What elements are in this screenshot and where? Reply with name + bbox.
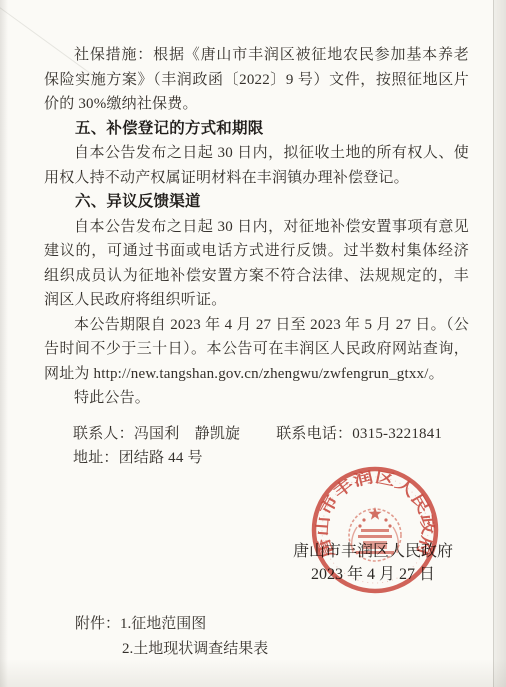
para-announcement-period-url: 本公告期限自 2023 年 4 月 27 日至 2023 年 5 月 27 日。… bbox=[44, 313, 469, 387]
attachments-block: 附件：1.征地范围图 2.土地现状调查结果表 bbox=[75, 612, 268, 661]
page-right-scan-edge bbox=[493, 0, 506, 687]
contact-person-label: 联系人： bbox=[73, 426, 134, 442]
announcement-body: 社保措施：根据《唐山市丰润区被征地农民参加基本养老保险实施方案》（丰润政函〔20… bbox=[44, 43, 469, 471]
para-hereby-announced: 特此公告。 bbox=[44, 386, 469, 411]
attachment-item-2: 2.土地现状调查结果表 bbox=[122, 637, 268, 662]
para-feedback-channel: 自本公告发布之日起 30 日内，对征地补偿安置事项有意见建议的，可通过书面或电话… bbox=[44, 215, 469, 313]
contact-phone-number: 0315-3221841 bbox=[352, 426, 442, 442]
para-registration-period: 自本公告发布之日起 30 日内，拟征收土地的所有权人、使用权人持不动产权属证明材… bbox=[44, 141, 469, 190]
attachments-label: 附件： bbox=[75, 616, 120, 632]
contact-address-label: 地址： bbox=[73, 450, 119, 466]
page-bottom-scan-edge bbox=[0, 659, 506, 687]
government-seal: 唐山市丰润区人民政府 bbox=[308, 463, 442, 597]
para-social-security-measures: 社保措施：根据《唐山市丰润区被征地农民参加基本养老保险实施方案》（丰润政函〔20… bbox=[44, 43, 469, 117]
contact-phone-label: 联系电话： bbox=[276, 426, 352, 442]
attachment-item-1: 1.征地范围图 bbox=[120, 616, 206, 632]
page-left-scan-edge bbox=[0, 0, 8, 687]
contact-row-person-phone: 联系人：冯国利 静凯旋联系电话：0315-3221841 bbox=[44, 422, 469, 447]
heading-section-5-registration: 五、补偿登记的方式和期限 bbox=[44, 117, 469, 142]
contact-address-value: 团结路 44 号 bbox=[119, 450, 203, 466]
national-emblem-icon bbox=[349, 507, 401, 561]
government-seal-icon: 唐山市丰润区人民政府 bbox=[308, 463, 442, 597]
announcement-page: 社保措施：根据《唐山市丰润区被征地农民参加基本养老保险实施方案》（丰润政函〔20… bbox=[0, 0, 506, 687]
attachments-row-1: 附件：1.征地范围图 bbox=[75, 612, 268, 637]
contact-person-names: 冯国利 静凯旋 bbox=[134, 426, 240, 442]
heading-section-6-feedback: 六、异议反馈渠道 bbox=[44, 190, 469, 215]
